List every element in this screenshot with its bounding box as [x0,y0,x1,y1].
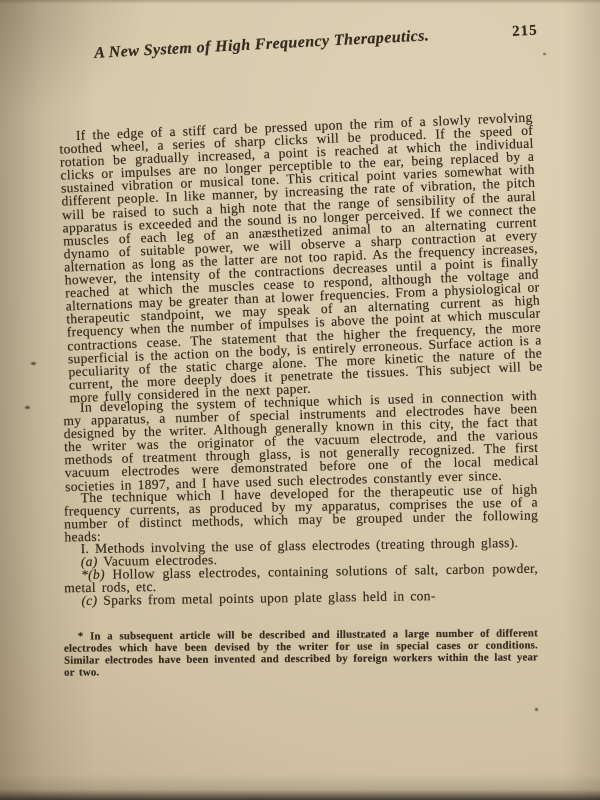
list-item-4-prefix: (c) [81,593,97,608]
photo-top-edge [0,0,600,4]
body-paragraph-2: In developing the system of technique wh… [63,389,539,493]
ink-speck [535,708,538,711]
body-paragraph-1: If the edge of a stiff card be pressed u… [59,111,544,405]
photo-bottom-edge [0,774,600,800]
book-page-photo: A New System of High Frequency Therapeut… [0,0,600,800]
methods-list: I. Methods involving the use of glass el… [64,536,539,608]
page-content: A New System of High Frequency Therapeut… [64,34,538,678]
body-paragraph-3: The technique which I have developed for… [64,482,539,543]
ink-speck [543,53,546,55]
ink-speck [25,406,30,409]
footnote: * In a subsequent article will be descri… [64,629,538,680]
ink-speck [31,362,36,365]
page-number: 215 [512,23,538,41]
running-title: A New System of High Frequency Therapeut… [94,27,430,63]
page-header: A New System of High Frequency Therapeut… [64,22,538,65]
list-item-4-text: Sparks from metal points upon plate glas… [103,588,436,608]
